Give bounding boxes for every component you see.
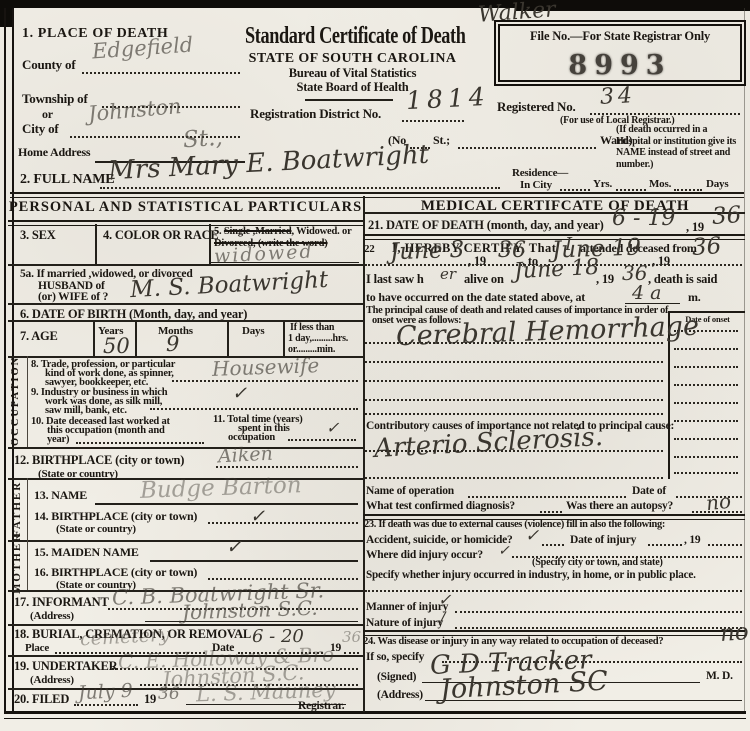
filed-year-value: 36 bbox=[158, 686, 180, 703]
mos-label: Mos. bbox=[649, 178, 671, 190]
form-line bbox=[365, 342, 663, 344]
marital-no: 5. bbox=[214, 226, 221, 237]
item24-value: no bbox=[719, 621, 749, 646]
date-of-death-year-prefix: , 19 bbox=[686, 221, 704, 235]
injury-date-label: Date of injury bbox=[570, 534, 636, 547]
burial-place-label: Place bbox=[25, 642, 49, 654]
date-of-death-label: 21. DATE OF DEATH (month, day, and year) bbox=[368, 219, 604, 233]
where-injury-mark: ✓ bbox=[498, 544, 510, 558]
registered-no-label: Registered No. bbox=[497, 100, 576, 114]
form-line bbox=[365, 413, 663, 415]
alive-on-label: alive on bbox=[464, 273, 504, 287]
operation-date-label: Date of bbox=[632, 485, 666, 498]
informant-address-value: Johnston S.C. bbox=[182, 598, 318, 623]
time-of-death-value: 4 a bbox=[632, 284, 661, 303]
form-line bbox=[82, 72, 240, 74]
bottom-double-line bbox=[4, 711, 746, 719]
cell-divider bbox=[93, 320, 95, 356]
father-birthplace-sub: (State or country) bbox=[56, 523, 136, 535]
undertaker-address-label: (Address) bbox=[30, 674, 74, 686]
occurred-label: to have occurred on the date stated abov… bbox=[366, 291, 585, 304]
city-label: City of bbox=[22, 122, 59, 136]
manner-checkmark: ✓ bbox=[438, 592, 451, 608]
form-line bbox=[211, 262, 359, 263]
form-line bbox=[344, 652, 359, 654]
birthplace-label: 12. BIRTHPLACE (city or town) bbox=[14, 454, 184, 468]
md-label: M. D. bbox=[706, 670, 733, 683]
item9-label-3: saw mill, bank, etc. bbox=[45, 405, 127, 417]
cell-divider bbox=[95, 224, 97, 264]
days-label: Days bbox=[706, 178, 728, 190]
form-line bbox=[74, 704, 138, 706]
city-value: Johnston bbox=[87, 96, 182, 125]
form-line bbox=[674, 420, 738, 422]
last-saw-date: June 18 bbox=[513, 257, 599, 283]
nature-of-injury-label: Nature of injury bbox=[366, 617, 443, 630]
form-line bbox=[95, 503, 358, 505]
item9-checkmark: ✓ bbox=[232, 385, 247, 403]
item10-label-3: year) bbox=[47, 434, 69, 446]
specify-city-label: (Specify city or town, and state) bbox=[532, 557, 663, 568]
filed-label: 20. FILED bbox=[14, 693, 69, 707]
mother-vertical-label: MOTHER bbox=[11, 544, 23, 594]
form-line bbox=[674, 384, 738, 386]
marital-or: or bbox=[342, 226, 351, 237]
cell-divider bbox=[209, 224, 211, 264]
maiden-name-label: 15. MAIDEN NAME bbox=[34, 546, 139, 559]
yrs-label: Yrs. bbox=[593, 178, 612, 190]
attended-from-date: June 3 bbox=[390, 239, 465, 265]
if-so-specify-label: If so, specify bbox=[366, 651, 424, 664]
form-line bbox=[648, 544, 682, 546]
bureau-line: Bureau of Vital Statistics bbox=[240, 67, 465, 81]
form-line bbox=[708, 544, 742, 546]
test-label: What test confirmed diagnosis? bbox=[366, 500, 515, 513]
form-line bbox=[365, 399, 663, 401]
form-line bbox=[674, 472, 738, 474]
father-name-value: Budge Barton bbox=[140, 474, 302, 503]
form-line bbox=[365, 450, 663, 452]
form-line bbox=[100, 187, 500, 189]
form-line bbox=[172, 380, 358, 382]
filed-year-prefix: 19 bbox=[144, 693, 156, 707]
occupation-vertical-label: OCCUPATION bbox=[10, 360, 22, 446]
informant-label: 17. INFORMANT bbox=[14, 596, 109, 610]
maiden-name-checkmark: ✓ bbox=[226, 538, 242, 557]
from-year-prefix: , 19 bbox=[468, 255, 486, 269]
item11-checkmark: ✓ bbox=[326, 420, 339, 436]
registrar-label: Registrar. bbox=[298, 700, 344, 713]
father-birthplace-label: 14. BIRTHPLACE (city or town) bbox=[34, 510, 197, 523]
signed-label: (Signed) bbox=[377, 671, 416, 684]
autopsy-value: no bbox=[705, 491, 732, 513]
marital-struck-single-married: Single ,Married bbox=[224, 226, 292, 237]
specify-injury-label: Specify whether injury occurred in indus… bbox=[366, 569, 696, 581]
form-line bbox=[468, 496, 626, 498]
or-label: or bbox=[42, 108, 53, 121]
form-line bbox=[76, 442, 204, 444]
form-line bbox=[674, 402, 738, 404]
form-line bbox=[8, 624, 363, 626]
residence-label-2: In City bbox=[520, 179, 552, 191]
less-than-label-1: If less than bbox=[290, 322, 334, 333]
form-line bbox=[365, 361, 663, 363]
form-line bbox=[365, 380, 663, 382]
husband-label-3: (or) WIFE of ? bbox=[38, 291, 108, 304]
last-saw-her: er bbox=[440, 267, 456, 282]
form-line bbox=[365, 477, 663, 479]
informant-address-label: (Address) bbox=[30, 610, 74, 622]
registration-district-value: 1814 bbox=[405, 84, 490, 113]
less-than-label-2: 1 day,.........hrs. bbox=[288, 333, 348, 344]
form-line bbox=[365, 590, 742, 592]
physician-address-label: (Address) bbox=[377, 689, 423, 702]
date-of-death-value: 6 - 19 bbox=[612, 208, 675, 230]
form-line bbox=[8, 540, 363, 542]
burial-place-value: cemetery bbox=[80, 626, 171, 650]
filed-date-value: July 9 bbox=[78, 682, 134, 704]
accident-label: Accident, suicide, or homicide? bbox=[366, 534, 513, 547]
form-line bbox=[208, 522, 358, 524]
father-vertical-label: FATHER bbox=[11, 483, 23, 537]
form-line bbox=[674, 189, 702, 191]
age-years-value: 50 bbox=[103, 336, 130, 357]
county-value: Edgefield bbox=[91, 34, 193, 62]
marital-widowed: , Widowed. bbox=[292, 226, 340, 237]
form-line bbox=[150, 560, 358, 562]
residence-label-1: Residence— bbox=[512, 167, 568, 179]
form-line bbox=[674, 366, 738, 368]
item24-label: 24. Was disease or injury in any way rel… bbox=[363, 636, 663, 648]
certificate-title: Standard Certificate of Death bbox=[245, 23, 465, 49]
cell-divider bbox=[135, 320, 137, 356]
autopsy-label: Was there an autopsy? bbox=[566, 500, 673, 513]
age-months-value: 9 bbox=[166, 334, 179, 355]
township-label: Township of bbox=[22, 92, 88, 106]
form-line bbox=[402, 120, 464, 122]
cell-divider bbox=[27, 478, 28, 540]
cell-divider bbox=[227, 320, 229, 356]
father-name-label: 13. NAME bbox=[34, 489, 87, 502]
registration-district-label: Registration District No. bbox=[250, 107, 381, 121]
form-line bbox=[560, 189, 590, 191]
hospital-note: (If death occurred in a Hospital or inst… bbox=[616, 124, 743, 170]
age-label: 7. AGE bbox=[20, 330, 58, 344]
physician-address-value: Johnston SC bbox=[439, 668, 608, 704]
item22-number: 22 bbox=[364, 243, 375, 255]
date-of-death-year-value: 36 bbox=[711, 204, 742, 229]
to-year-prefix: , 19 bbox=[652, 255, 670, 269]
item23-label: 23. If death was due to external causes … bbox=[364, 519, 665, 530]
full-name-value: Mrs Mary E. Boatwright bbox=[108, 142, 430, 185]
race-label: 4. COLOR OR RACE bbox=[103, 229, 219, 243]
burial-year-value: 36 bbox=[342, 630, 361, 645]
form-line bbox=[674, 456, 738, 458]
file-number-box: File No.—For State Registrar Only 8993 bbox=[494, 20, 746, 86]
last-saw-label: I last saw h bbox=[366, 273, 424, 287]
state-line: STATE OF SOUTH CAROLINA bbox=[240, 51, 465, 66]
left-section-title: PERSONAL AND STATISTICAL PARTICULARS bbox=[8, 200, 363, 216]
accident-checkmark: ✓ bbox=[525, 528, 539, 545]
file-number-stamp: 8993 bbox=[496, 50, 744, 81]
full-name-label: 2. FULL NAME bbox=[20, 172, 114, 187]
to-year-value: 36 bbox=[691, 235, 722, 260]
form-line bbox=[458, 147, 596, 149]
form-line bbox=[305, 99, 393, 101]
undertaker-label: 19. UNDERTAKER bbox=[14, 660, 117, 674]
form-line bbox=[455, 627, 742, 629]
paren-st-label: St.; bbox=[433, 134, 450, 147]
file-box-title: File No.—For State Registrar Only bbox=[496, 30, 744, 44]
form-line bbox=[542, 544, 564, 546]
form-line bbox=[674, 348, 738, 350]
item8-value: Housewife bbox=[212, 355, 320, 379]
item11-slash: / bbox=[240, 428, 245, 442]
form-line bbox=[150, 408, 358, 410]
form-line bbox=[616, 189, 646, 191]
form-line bbox=[8, 447, 363, 449]
cell-divider bbox=[27, 540, 28, 590]
form-line bbox=[288, 439, 356, 441]
father-birthplace-checkmark: ✓ bbox=[250, 508, 265, 526]
last-saw-year-prefix: , 19 bbox=[596, 273, 614, 287]
form-line bbox=[363, 212, 745, 214]
birthplace-value: Aiken bbox=[218, 445, 274, 467]
cell-divider bbox=[27, 356, 28, 447]
where-injury-label: Where did injury occur? bbox=[366, 549, 483, 562]
county-label: County of bbox=[22, 58, 75, 72]
manner-of-injury-label: Manner of injury bbox=[366, 601, 448, 614]
operation-label: Name of operation bbox=[366, 485, 454, 498]
form-line bbox=[540, 511, 562, 513]
death-certificate-scan: 1. PLACE OF DEATH County of Edgefield To… bbox=[0, 0, 750, 731]
home-address-value: St., bbox=[182, 127, 223, 153]
cell-divider bbox=[283, 320, 285, 356]
injury-year-prefix: , 19 bbox=[684, 534, 700, 547]
form-line bbox=[8, 264, 363, 266]
last-saw-year-value: 36 bbox=[622, 263, 647, 283]
form-line bbox=[455, 611, 742, 613]
days-header: Days bbox=[242, 325, 264, 337]
mother-birthplace-label: 16. BIRTHPLACE (city or town) bbox=[34, 566, 197, 579]
form-line bbox=[674, 438, 738, 440]
registered-no-value: 34 bbox=[599, 85, 636, 109]
form-line bbox=[8, 303, 363, 305]
home-address-label: Home Address bbox=[18, 146, 90, 159]
m-label: m. bbox=[688, 291, 701, 304]
nature-slash-mark: / bbox=[440, 610, 445, 626]
sex-label: 3. SEX bbox=[20, 229, 56, 243]
